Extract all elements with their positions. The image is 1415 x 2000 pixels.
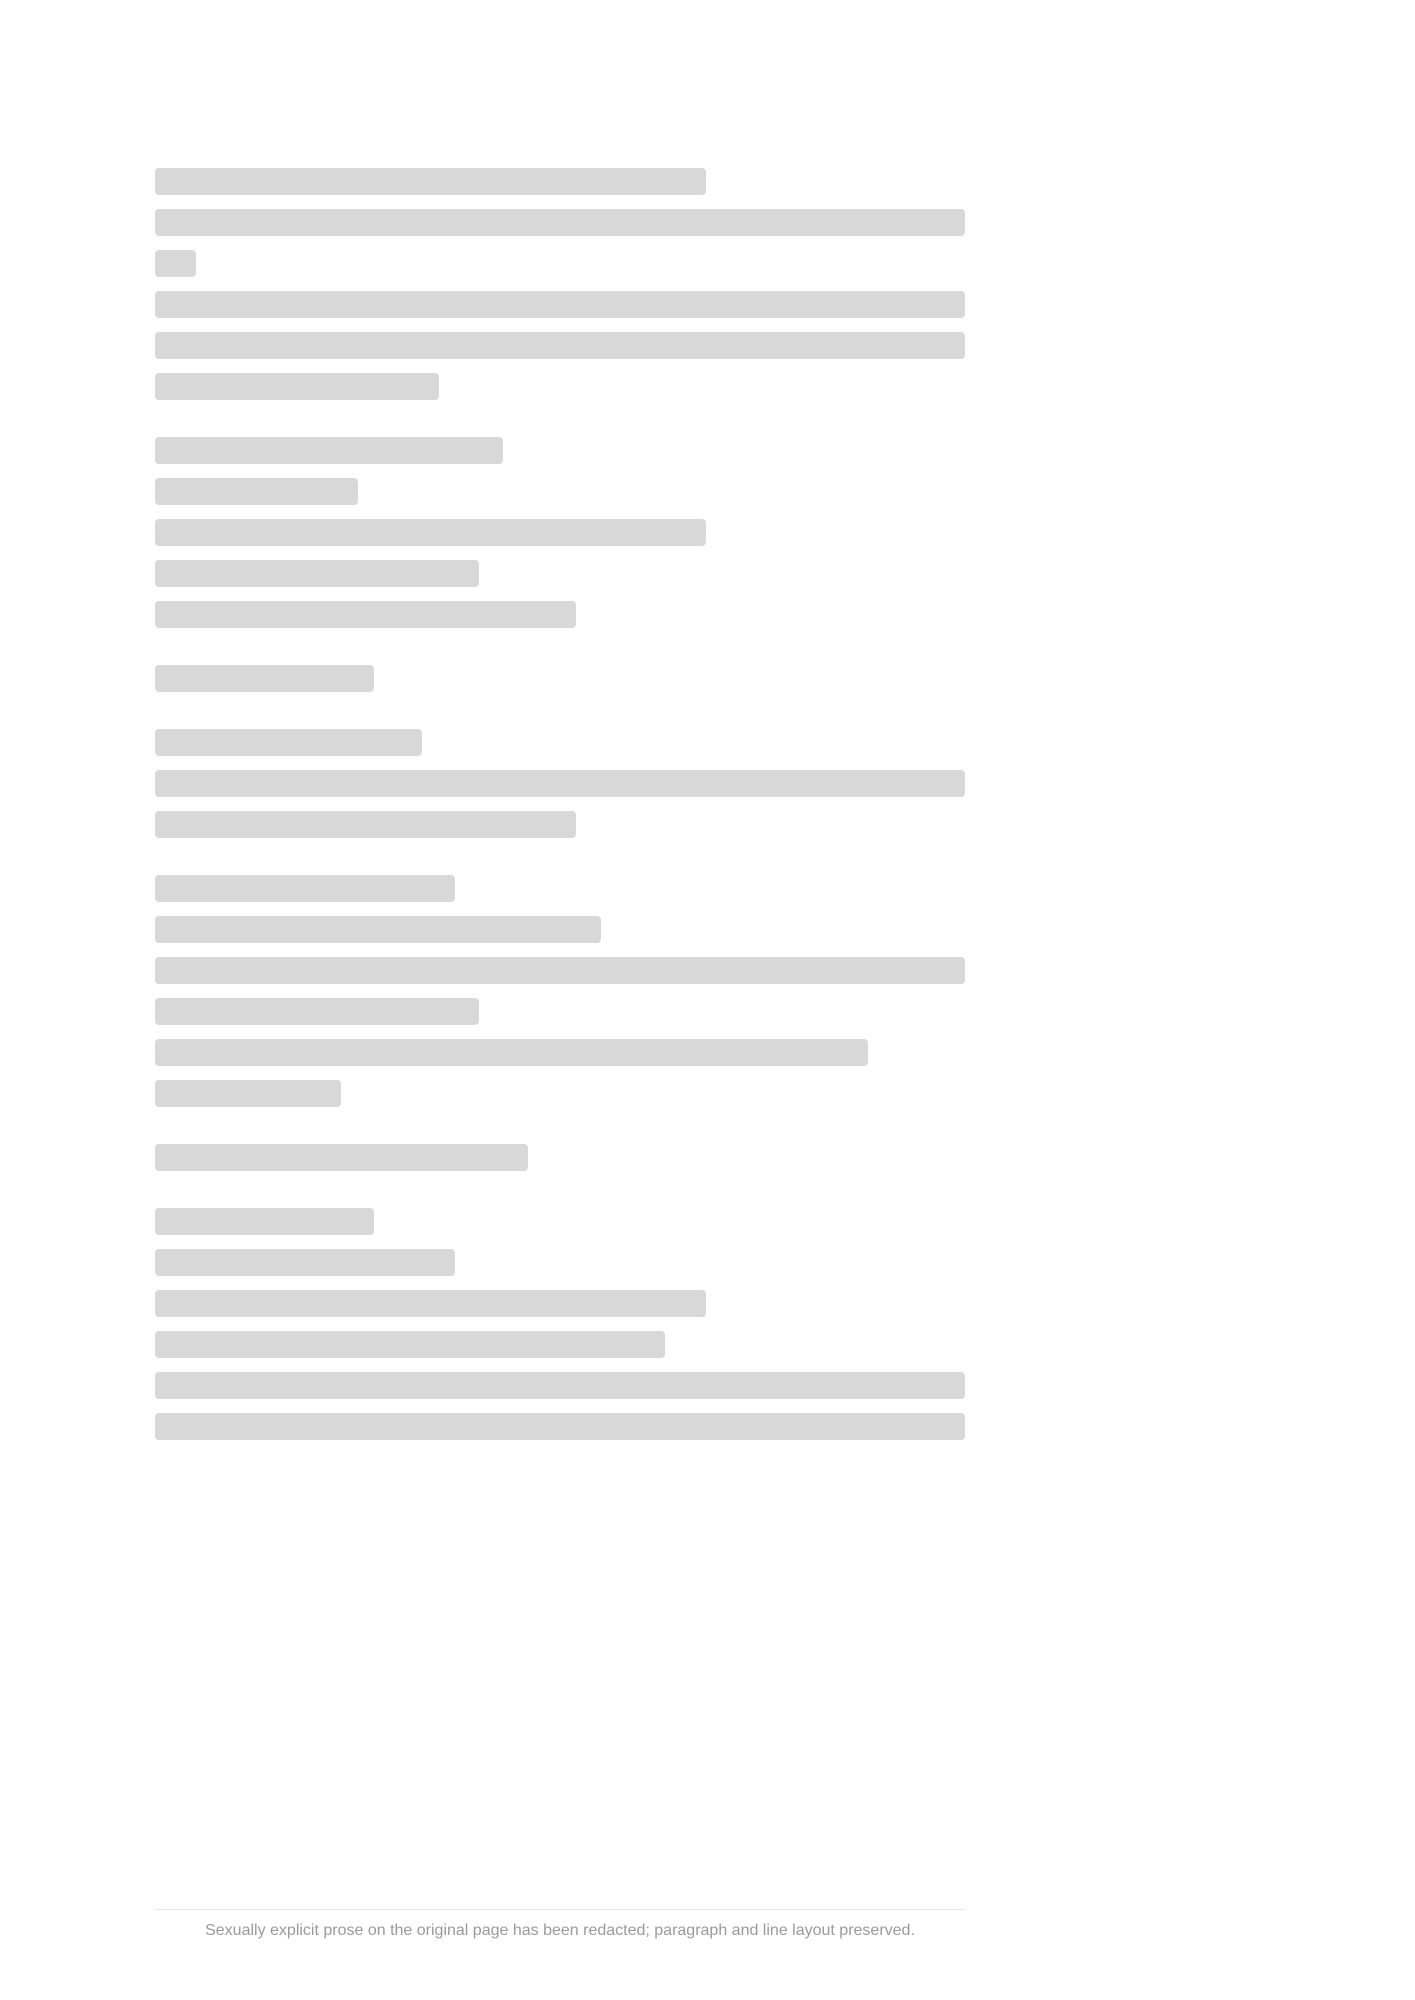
redacted-text-line [155, 601, 576, 628]
redacted-text-line [155, 1144, 528, 1171]
redacted-text-line [155, 478, 358, 505]
redacted-text-line [155, 875, 455, 902]
redacted-text-line [155, 729, 422, 756]
redacted-text-line [155, 168, 706, 195]
document-page: Sexually explicit prose on the original … [0, 0, 1415, 2000]
redacted-text-line [155, 209, 965, 236]
redacted-text-line [155, 1249, 455, 1276]
redacted-text-line [155, 811, 576, 838]
redacted-text-line [155, 916, 601, 943]
redacted-text-line [155, 250, 196, 277]
redacted-text-line [155, 437, 503, 464]
redacted-text-line [155, 1372, 965, 1399]
redacted-text-line [155, 291, 965, 318]
redacted-text-line [155, 519, 706, 546]
redacted-text-line [155, 1290, 706, 1317]
prose-text-column [155, 168, 965, 1454]
redaction-notice: Sexually explicit prose on the original … [155, 1909, 965, 1940]
redacted-text-line [155, 1080, 341, 1107]
redacted-text-line [155, 1413, 965, 1440]
redacted-text-line [155, 560, 479, 587]
redacted-text-line [155, 665, 374, 692]
redacted-text-line [155, 1331, 665, 1358]
redacted-text-line [155, 998, 479, 1025]
redacted-text-line [155, 1208, 374, 1235]
redacted-text-line [155, 770, 965, 797]
redacted-text-line [155, 1039, 868, 1066]
redacted-text-line [155, 373, 439, 400]
redacted-text-line [155, 332, 965, 359]
redacted-text-line [155, 957, 965, 984]
